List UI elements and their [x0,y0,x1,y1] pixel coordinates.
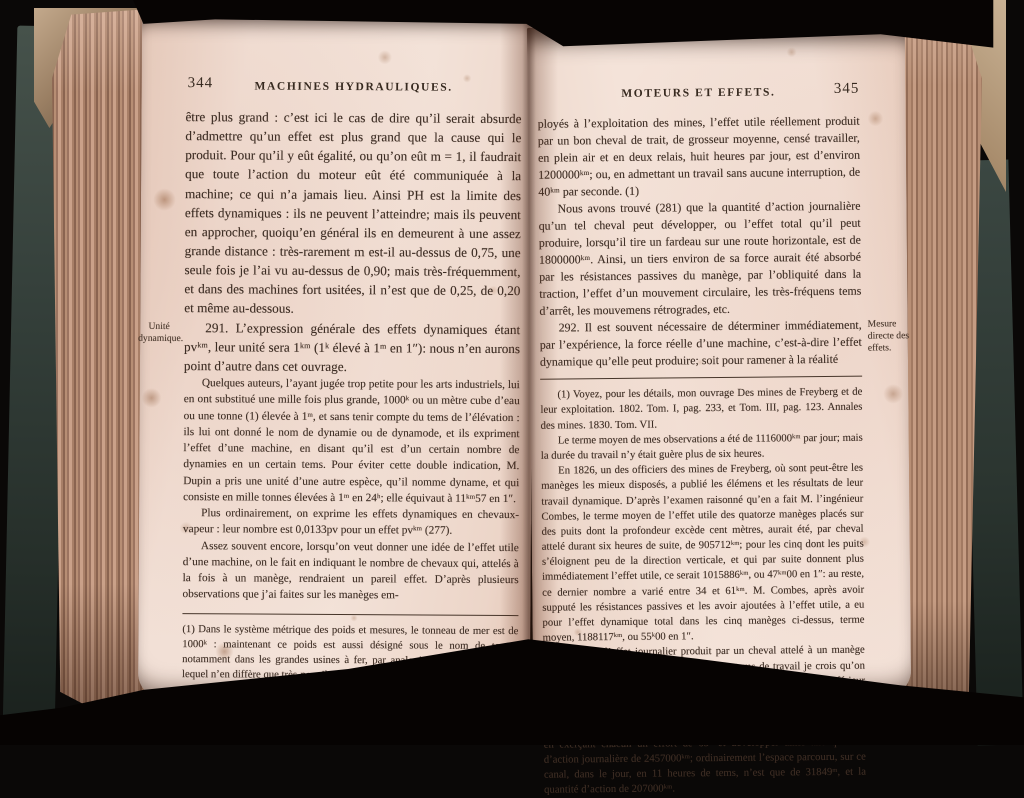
page-number-344: 344 [188,75,214,92]
left-page-header: 344 MACHINES HYDRAULIQUES. [186,75,522,103]
small-paragraph: Plus ordinairement, on exprime les effet… [183,505,519,540]
running-head-right: MOTEURS ET EFFETS. [537,81,859,101]
margin-note-unite-dynamique: Unité dynamique. [138,320,180,344]
footnote-paragraph: En 1826, un des officiers des mines de F… [541,461,865,646]
right-page: 345 MOTEURS ET EFFETS. ployés à l’exploi… [527,24,911,700]
body-paragraph: ployés à l’exploitation des mines, l’eff… [538,113,861,201]
right-page-header: 345 MOTEURS ET EFFETS. [537,81,859,110]
small-paragraph: Quelques auteurs, l’ayant jugée trop pet… [183,375,520,507]
margin-note-mesure-directe: Mesure directe des effets. [868,318,918,354]
right-page-main-text: ployés à l’exploitation des mines, l’eff… [538,113,862,371]
running-head-left: MACHINES HYDRAULIQUES. [186,75,522,94]
paragraph-292-wrap: Mesure directe des effets. 292. Il est s… [540,317,862,371]
left-page-content: 344 MACHINES HYDRAULIQUES. être plus gra… [182,75,522,684]
footnote-rule-right [540,376,862,380]
footnote-paragraph: (1) Voyez, pour les détails, mon ouvrage… [540,385,862,434]
left-page-small-text: Quelques auteurs, l’ayant jugée trop pet… [183,375,520,605]
footnote-paragraph: Tel serait l’effet journalier produit pa… [543,643,866,745]
body-paragraph: Nous avons trouvé (281) que la quantité … [538,198,861,320]
paragraph-291-wrap: Unité dynamique. 291. L’expression génér… [184,318,520,377]
left-page: 344 MACHINES HYDRAULIQUES. être plus gra… [138,15,534,701]
footnote-paragraph: (1) Dans le système métrique des poids e… [182,622,518,685]
page-number-345: 345 [834,81,860,98]
body-paragraph-291: 291. L’expression générale des effets dy… [184,318,520,377]
right-page-footnote: (1) Voyez, pour les détails, mon ouvrage… [540,385,866,745]
footnote-paragraph: Le terme moyen de mes observations a été… [541,430,863,463]
left-page-footnote: (1) Dans le système métrique des poids e… [182,622,518,685]
book-photo: 344 MACHINES HYDRAULIQUES. être plus gra… [0,0,1024,745]
right-page-content: 345 MOTEURS ET EFFETS. ployés à l’exploi… [537,81,866,745]
left-page-main-text: être plus grand : c’est ici le cas de di… [184,107,522,377]
small-paragraph: Assez souvent encore, lorsqu’on veut don… [183,538,519,605]
body-paragraph-292: 292. Il est souvent nécessaire de déterm… [540,317,862,371]
footnote-rule-left [182,613,518,616]
body-paragraph: être plus grand : c’est ici le cas de di… [184,107,521,320]
